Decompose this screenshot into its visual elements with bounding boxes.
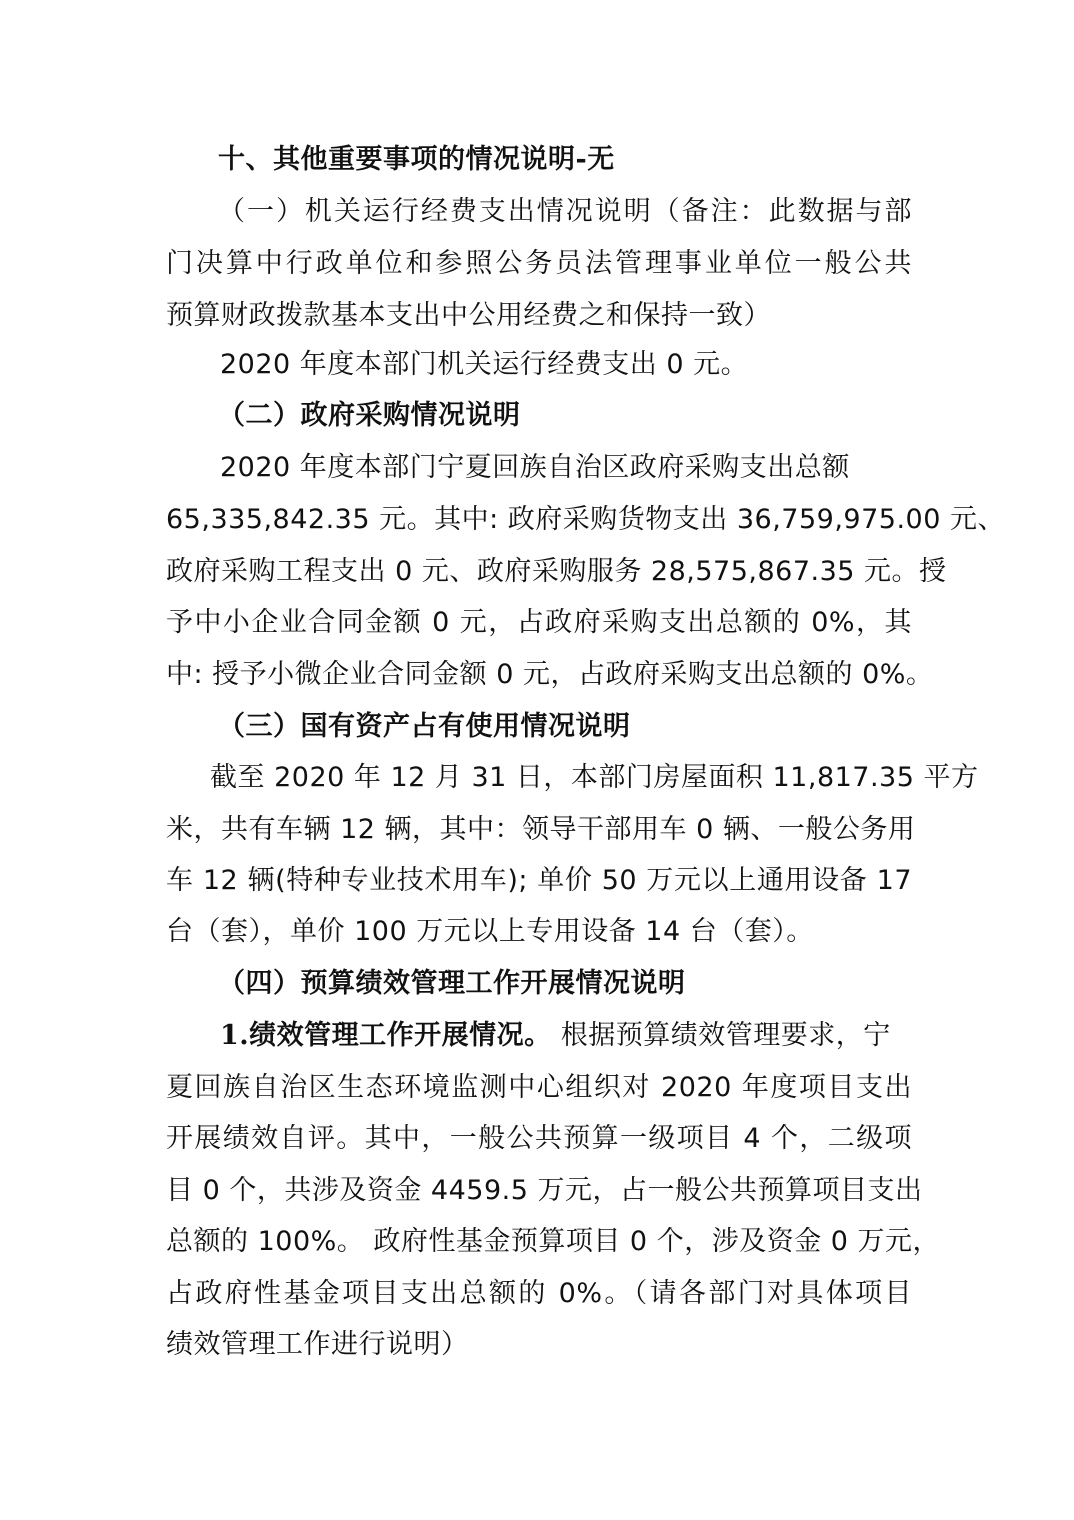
sub4-body-line-5: 占政府性基金项目支出总额的 0%。（请各部门对具体项目 xyxy=(166,1274,912,1314)
sub3-body-line-3: 车 12 辆(特种专业技术用车); 单价 50 万元以上通用设备 17 xyxy=(166,861,912,901)
sub1-heading-line-2: 门决算中行政单位和参照公务员法管理事业单位一般公共 xyxy=(166,244,912,284)
sub1-body-line-1: 2020 年度本部门机关运行经费支出 0 元。 xyxy=(220,345,748,385)
sub2-body-line-1: 2020 年度本部门宁夏回族自治区政府采购支出总额 xyxy=(220,448,850,488)
sub3-heading: （三）国有资产占有使用情况说明 xyxy=(218,707,631,747)
section-title: 十、其他重要事项的情况说明-无 xyxy=(218,140,615,180)
sub3-body-line-1: 截至 2020 年 12 月 31 日，本部门房屋面积 11,817.35 平方 xyxy=(166,758,912,798)
sub2-body-line-3: 政府采购工程支出 0 元、政府采购服务 28,575,867.35 元。授 xyxy=(166,552,912,592)
sub4-heading: （四）预算绩效管理工作开展情况说明 xyxy=(218,964,686,1004)
document-page: 十、其他重要事项的情况说明-无 （一）机关运行经费支出情况说明（备注：此数据与部… xyxy=(0,0,1074,1520)
sub1-heading-line-3: 预算财政拨款基本支出中公用经费之和保持一致） xyxy=(166,296,771,336)
sub2-body-line-5: 中: 授予小微企业合同金额 0 元，占政府采购支出总额的 0%。 xyxy=(166,655,912,695)
sub1-heading-line-1: （一）机关运行经费支出情况说明（备注：此数据与部 xyxy=(166,192,912,232)
sub2-body-line-4: 予中小企业合同金额 0 元，占政府采购支出总额的 0%，其 xyxy=(166,603,912,643)
sub4-body-line-4: 总额的 100%。 政府性基金预算项目 0 个，涉及资金 0 万元， xyxy=(166,1222,912,1262)
sub4-item1-first-rest: 根据预算绩效管理要求，宁 xyxy=(552,1020,891,1051)
sub4-body-line-2: 开展绩效自评。其中，一般公共预算一级项目 4 个，二级项 xyxy=(166,1119,912,1159)
sub4-body-line-1: 夏回族自治区生态环境监测中心组织对 2020 年度项目支出 xyxy=(166,1068,912,1108)
sub3-body-line-4: 台（套），单价 100 万元以上专用设备 14 台（套）。 xyxy=(166,912,814,952)
sub4-item1-title: 1.绩效管理工作开展情况。 xyxy=(220,1020,552,1051)
sub4-body-line-3: 目 0 个，共涉及资金 4459.5 万元，占一般公共预算项目支出 xyxy=(166,1171,912,1211)
sub4-body-line-6: 绩效管理工作进行说明） xyxy=(166,1325,469,1365)
sub2-heading: （二）政府采购情况说明 xyxy=(218,396,521,436)
sub4-item1-line-1: 1.绩效管理工作开展情况。 根据预算绩效管理要求，宁 xyxy=(220,1016,891,1056)
sub3-body-line-2: 米，共有车辆 12 辆，其中：领导干部用车 0 辆、一般公务用 xyxy=(166,810,912,850)
sub2-body-line-2: 65,335,842.35 元。其中: 政府采购货物支出 36,759,975.… xyxy=(166,500,912,540)
